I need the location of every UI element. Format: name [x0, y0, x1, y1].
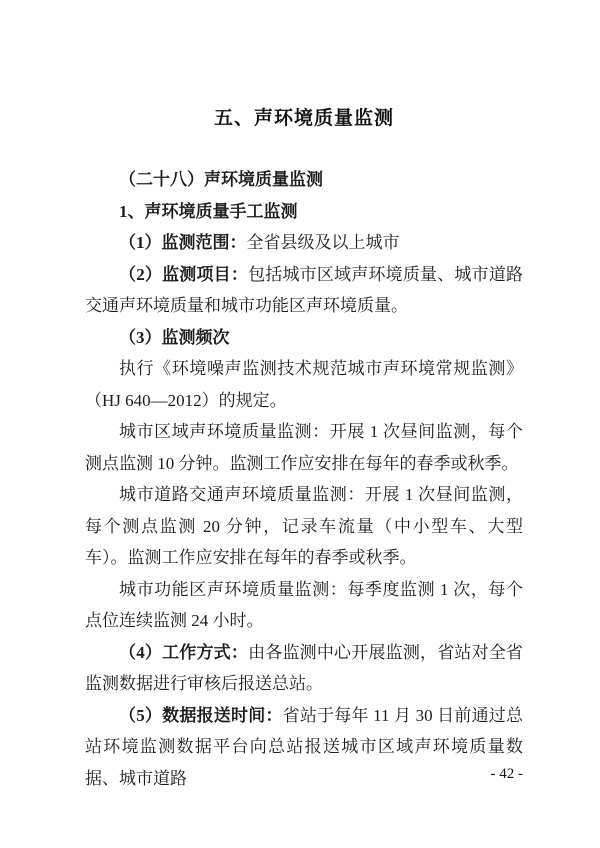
document-page: 五、声环境质量监测 （二十八）声环境质量监测 1、声环境质量手工监测 （1）监测… — [0, 0, 600, 848]
page-title: 五、声环境质量监测 — [85, 103, 523, 134]
paragraph-item-4: （4）工作方式：由各监测中心开展监测，省站对全省监测数据进行审核后报送总站。 — [85, 637, 523, 700]
paragraph-text: 城市道路交通声环境质量监测：开展 1 次昼间监测，每个测点监测 20 分钟，记录… — [85, 485, 523, 567]
paragraph-lead: （4）工作方式： — [119, 643, 248, 662]
paragraph-lead: （3）监测频次 — [119, 328, 230, 347]
paragraph-lead: （2）监测项目： — [119, 265, 248, 284]
paragraph-item-2: （2）监测项目：包括城市区域声环境质量、城市道路交通声环境质量和城市功能区声环境… — [85, 259, 523, 322]
paragraph-body-3: 城市道路交通声环境质量监测：开展 1 次昼间监测，每个测点监测 20 分钟，记录… — [85, 479, 523, 574]
page-number: - 42 - — [491, 764, 524, 784]
paragraph-text: 执行《环境噪声监测技术规范城市声环境常规监测》（HJ 640—2012）的规定。 — [85, 359, 523, 410]
paragraph-item-1: （1）监测范围：全省县级及以上城市 — [85, 227, 523, 259]
paragraph-body-2: 城市区域声环境质量监测：开展 1 次昼间监测，每个测点监测 10 分钟。监测工作… — [85, 416, 523, 479]
paragraph-item-3: （3）监测频次 — [85, 322, 523, 354]
paragraph-text: 城市区域声环境质量监测：开展 1 次昼间监测，每个测点监测 10 分钟。监测工作… — [85, 422, 523, 473]
paragraph-body-4: 城市功能区声环境质量监测：每季度监测 1 次，每个点位连续监测 24 小时。 — [85, 574, 523, 637]
sub-heading: 1、声环境质量手工监测 — [85, 196, 523, 228]
section-heading: （二十八）声环境质量监测 — [85, 164, 523, 196]
paragraph-text: 城市功能区声环境质量监测：每季度监测 1 次，每个点位连续监测 24 小时。 — [85, 580, 523, 631]
document-body: 五、声环境质量监测 （二十八）声环境质量监测 1、声环境质量手工监测 （1）监测… — [85, 103, 523, 794]
paragraph-lead: （1）监测范围： — [119, 233, 247, 252]
paragraph-item-5: （5）数据报送时间：省站于每年 11 月 30 日前通过总站环境监测数据平台向总… — [85, 700, 523, 795]
paragraph-body-1: 执行《环境噪声监测技术规范城市声环境常规监测》（HJ 640—2012）的规定。 — [85, 353, 523, 416]
paragraph-lead: （5）数据报送时间： — [119, 706, 283, 725]
paragraph-text: 全省县级及以上城市 — [247, 233, 400, 252]
